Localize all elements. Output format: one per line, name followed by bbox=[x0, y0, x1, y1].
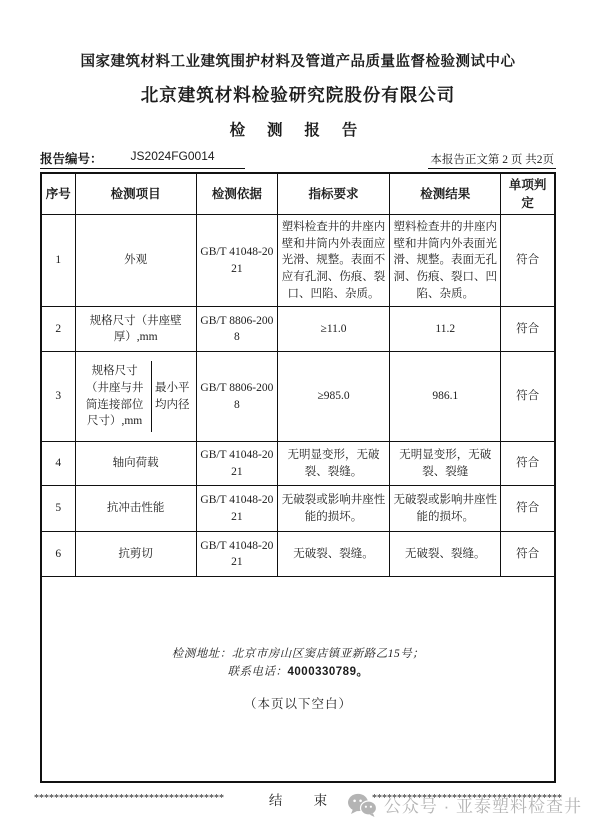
cell-requirement: 无明显变形，无破裂、裂缝。 bbox=[277, 442, 389, 486]
cell-no: 5 bbox=[41, 486, 75, 532]
report-number-value: JS2024FG0014 bbox=[131, 149, 215, 167]
table-row: 4 轴向荷载 GB/T 41048-2021 无明显变形，无破裂、裂缝。 无明显… bbox=[41, 442, 555, 486]
cell-basis: GB/T 8806-2008 bbox=[196, 307, 277, 352]
table-row: 1 外观 GB/T 41048-2021 塑料检查井的井座内壁和井筒内外表面应光… bbox=[41, 215, 555, 307]
cell-requirement: 塑料检查井的井座内壁和井筒内外表面应光滑、规整。表面不应有孔洞、伤痕、裂口、凹陷… bbox=[277, 215, 389, 307]
cell-requirement: ≥11.0 bbox=[277, 307, 389, 352]
cell-basis: GB/T 41048-2021 bbox=[196, 442, 277, 486]
cell-result: 无破裂或影响井座性能的损坏。 bbox=[390, 486, 501, 532]
cell-basis: GB/T 41048-2021 bbox=[196, 486, 277, 532]
watermark: 公众号 · 亚泰塑料检查井 bbox=[347, 792, 582, 817]
org-name: 国家建筑材料工业建筑围护材料及管道产品质量监督检验测试中心 bbox=[40, 50, 556, 71]
footer-address: 检测地址：北京市房山区窦店镇亚新路乙15号； bbox=[45, 645, 551, 663]
cell-basis: GB/T 41048-2021 bbox=[196, 532, 277, 577]
cell-no: 6 bbox=[41, 532, 75, 577]
col-header-requirement: 指标要求 bbox=[277, 173, 389, 215]
test-results-table: 序号 检测项目 检测依据 指标要求 检测结果 单项判定 1 外观 GB/T 41… bbox=[40, 172, 556, 783]
table-header-row: 序号 检测项目 检测依据 指标要求 检测结果 单项判定 bbox=[41, 173, 555, 215]
cell-no: 1 bbox=[41, 215, 75, 307]
report-number-group: 报告编号： JS2024FG0014 bbox=[40, 149, 245, 169]
cell-verdict: 符合 bbox=[501, 486, 555, 532]
cell-result: 986.1 bbox=[390, 352, 501, 442]
footer-phone-number: 4000330789。 bbox=[288, 666, 369, 678]
report-header: 国家建筑材料工业建筑围护材料及管道产品质量监督检验测试中心 北京建筑材料检验研究… bbox=[40, 50, 556, 140]
page-indicator: 本报告正文第 2 页 共2页 bbox=[428, 151, 556, 169]
cell-item: 外观 bbox=[75, 215, 196, 307]
table-row: 3 规格尺寸（井座与井筒连接部位尺寸）,mm 最小平均内径 GB/T 8806-… bbox=[41, 352, 555, 442]
cell-result: 塑料检查井的井座内壁和井筒内外表面光滑、规整。表面无孔洞、伤痕、裂口、凹陷、杂质… bbox=[390, 215, 501, 307]
table-row: 6 抗剪切 GB/T 41048-2021 无破裂、裂缝。 无破裂、裂缝。 符合 bbox=[41, 532, 555, 577]
col-header-verdict: 单项判定 bbox=[501, 173, 555, 215]
table-footer-row: 检测地址：北京市房山区窦店镇亚新路乙15号； 联系电话：4000330789。 … bbox=[41, 577, 555, 782]
col-header-no: 序号 bbox=[41, 173, 75, 215]
watermark-text: 公众号 · 亚泰塑料检查井 bbox=[384, 792, 582, 817]
cell-item-main: 规格尺寸（井座与井筒连接部位尺寸）,mm bbox=[79, 361, 152, 432]
table-row: 5 抗冲击性能 GB/T 41048-2021 无破裂或影响井座性能的损坏。 无… bbox=[41, 486, 555, 532]
cell-requirement: 无破裂、裂缝。 bbox=[277, 532, 389, 577]
cell-verdict: 符合 bbox=[501, 442, 555, 486]
cell-verdict: 符合 bbox=[501, 352, 555, 442]
end-label: 结 束 bbox=[243, 789, 353, 809]
footer-phone-label: 联系电话： bbox=[228, 666, 288, 678]
wechat-icon bbox=[347, 793, 377, 817]
report-page: 国家建筑材料工业建筑围护材料及管道产品质量监督检验测试中心 北京建筑材料检验研究… bbox=[40, 0, 556, 809]
footer-notes-cell: 检测地址：北京市房山区窦店镇亚新路乙15号； 联系电话：4000330789。 … bbox=[41, 577, 555, 782]
cell-item-split: 规格尺寸（井座与井筒连接部位尺寸）,mm 最小平均内径 bbox=[75, 352, 196, 442]
report-meta-row: 报告编号： JS2024FG0014 本报告正文第 2 页 共2页 bbox=[40, 149, 556, 169]
company-name: 北京建筑材料检验研究院股份有限公司 bbox=[40, 82, 556, 107]
cell-result: 11.2 bbox=[390, 307, 501, 352]
footer-phone: 联系电话：4000330789。 bbox=[45, 663, 551, 681]
cell-verdict: 符合 bbox=[501, 215, 555, 307]
cell-item: 轴向荷载 bbox=[75, 442, 196, 486]
cell-no: 2 bbox=[41, 307, 75, 352]
cell-basis: GB/T 8806-2008 bbox=[196, 352, 277, 442]
cell-no: 3 bbox=[41, 352, 75, 442]
report-number-label: 报告编号： bbox=[40, 149, 103, 167]
page-title: 检 测 报 告 bbox=[40, 118, 556, 140]
cell-item: 抗剪切 bbox=[75, 532, 196, 577]
cell-basis: GB/T 41048-2021 bbox=[196, 215, 277, 307]
cell-item: 抗冲击性能 bbox=[75, 486, 196, 532]
cell-no: 4 bbox=[41, 442, 75, 486]
cell-requirement: 无破裂或影响井座性能的损坏。 bbox=[277, 486, 389, 532]
cell-verdict: 符合 bbox=[501, 307, 555, 352]
star-line-left: ************************************** bbox=[34, 793, 243, 804]
col-header-basis: 检测依据 bbox=[196, 173, 277, 215]
table-row: 2 规格尺寸（井座壁厚）,mm GB/T 8806-2008 ≥11.0 11.… bbox=[41, 307, 555, 352]
col-header-item: 检测项目 bbox=[75, 173, 196, 215]
cell-result: 无破裂、裂缝。 bbox=[390, 532, 501, 577]
cell-item-sub: 最小平均内径 bbox=[152, 361, 193, 432]
cell-item: 规格尺寸（井座壁厚）,mm bbox=[75, 307, 196, 352]
blank-note: （本页以下空白） bbox=[45, 695, 551, 713]
cell-verdict: 符合 bbox=[501, 532, 555, 577]
cell-result: 无明显变形，无破裂、裂缝 bbox=[390, 442, 501, 486]
col-header-result: 检测结果 bbox=[390, 173, 501, 215]
cell-requirement: ≥985.0 bbox=[277, 352, 389, 442]
